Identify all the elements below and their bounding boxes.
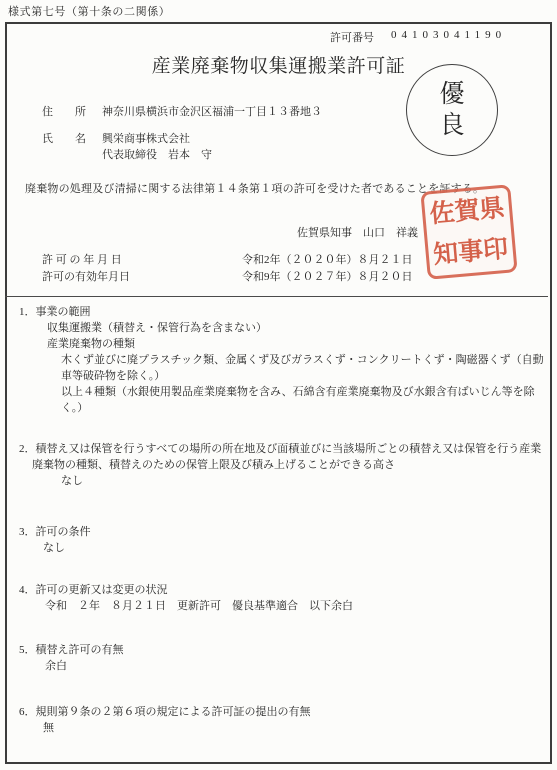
section-transfer-permit-existence: 5．積替え許可の有無 余白 bbox=[19, 642, 547, 674]
permit-number-row: 許可番号 04103041190 bbox=[330, 29, 506, 45]
governor-signature-line: 佐賀県知事 山口 祥義 bbox=[297, 224, 418, 240]
address-value: 神奈川県横浜市金沢区福浦一丁目１３番地３ bbox=[102, 103, 322, 119]
holder-name-row: 氏 名 興栄商事株式会社 bbox=[42, 130, 190, 146]
permit-date-value: 令和2年（２０２０年）８月２１日 bbox=[242, 251, 413, 267]
excellent-stamp-char-top: 優 bbox=[439, 79, 464, 110]
representative-line: 代表取締役 岩本 守 bbox=[102, 146, 212, 162]
name-label: 氏 名 bbox=[42, 130, 88, 146]
permit-document-page: 様式第七号（第十条の二関係） 許可番号 04103041190 産業廃棄物収集運… bbox=[0, 0, 557, 770]
excellent-certification-stamp: 優 良 bbox=[406, 64, 498, 156]
section-6-body: 無 bbox=[19, 720, 547, 736]
section-3-heading: 3．許可の条件 bbox=[19, 524, 547, 540]
section-permit-submission: 6．規則第９条の２第６項の規定による許可証の提出の有無 無 bbox=[19, 704, 547, 736]
section-renewal-status: 4．許可の更新又は変更の状況 令和 ２年 ８月２１日 更新許可 優良基準適合 以… bbox=[19, 582, 547, 614]
header-body-divider bbox=[5, 296, 548, 297]
section-6-heading: 6．規則第９条の２第６項の規定による許可証の提出の有無 bbox=[19, 704, 547, 720]
seal-row-top: 佐賀県 bbox=[424, 195, 510, 227]
document-border-box: 許可番号 04103041190 産業廃棄物収集運搬業許可証 優 良 住 所 神… bbox=[5, 22, 552, 764]
section-permit-conditions: 3．許可の条件 なし bbox=[19, 524, 547, 556]
name-value: 興栄商事株式会社 bbox=[102, 130, 190, 146]
section-4-body: 令和 ２年 ８月２１日 更新許可 優良基準適合 以下余白 bbox=[19, 598, 547, 614]
section-5-heading: 5．積替え許可の有無 bbox=[19, 642, 547, 658]
excellent-stamp-char-bottom: 良 bbox=[439, 110, 464, 141]
valid-date-value: 令和9年（２０２７年）８月２０日 bbox=[242, 268, 413, 284]
valid-date-label: 許可の有効年月日 bbox=[42, 271, 130, 283]
address-label: 住 所 bbox=[42, 103, 88, 119]
section-business-scope: 1．事業の範囲 収集運搬業（積替え・保管行為を含まない） 産業廃棄物の種類 木く… bbox=[19, 304, 547, 416]
section-3-body: なし bbox=[19, 540, 547, 556]
section-1-line-1: 収集運搬業（積替え・保管行為を含まない） bbox=[19, 320, 547, 336]
form-number-label: 様式第七号（第十条の二関係） bbox=[8, 3, 170, 19]
permit-number-label: 許可番号 bbox=[330, 29, 374, 45]
section-2-heading: 2．積替え又は保管を行うすべての場所の所在地及び面積並びに当該場所ごとの積替え又… bbox=[19, 441, 547, 473]
section-4-heading: 4．許可の更新又は変更の状況 bbox=[19, 582, 547, 598]
valid-date-row: 許可の有効年月日 令和9年（２０２７年）８月２０日 bbox=[42, 268, 522, 284]
section-1-line-2: 産業廃棄物の種類 bbox=[19, 336, 547, 352]
section-1-line-4: 以上４種類（水銀使用製品産業廃棄物を含み、石綿含有産業廃棄物及び水銀含有ばいじん… bbox=[19, 384, 547, 416]
section-1-heading: 1．事業の範囲 bbox=[19, 304, 547, 320]
section-transfer-storage-locations: 2．積替え又は保管を行うすべての場所の所在地及び面積並びに当該場所ごとの積替え又… bbox=[19, 441, 547, 489]
permit-date-label: 許 可 の 年 月 日 bbox=[42, 254, 122, 266]
section-2-body: なし bbox=[19, 473, 547, 489]
permit-number-value: 04103041190 bbox=[391, 29, 506, 45]
permit-date-row: 許 可 の 年 月 日 令和2年（２０２０年）８月２１日 bbox=[42, 251, 522, 267]
holder-address-row: 住 所 神奈川県横浜市金沢区福浦一丁目１３番地３ bbox=[42, 103, 322, 119]
certification-statement: 廃棄物の処理及び清掃に関する法律第１４条第１項の許可を受けた者であることを証する… bbox=[25, 180, 484, 196]
section-1-line-3: 木くず並びに廃プラスチック類、金属くず及びガラスくず・コンクリートくず・陶磁器く… bbox=[19, 352, 547, 384]
section-5-body: 余白 bbox=[19, 658, 547, 674]
